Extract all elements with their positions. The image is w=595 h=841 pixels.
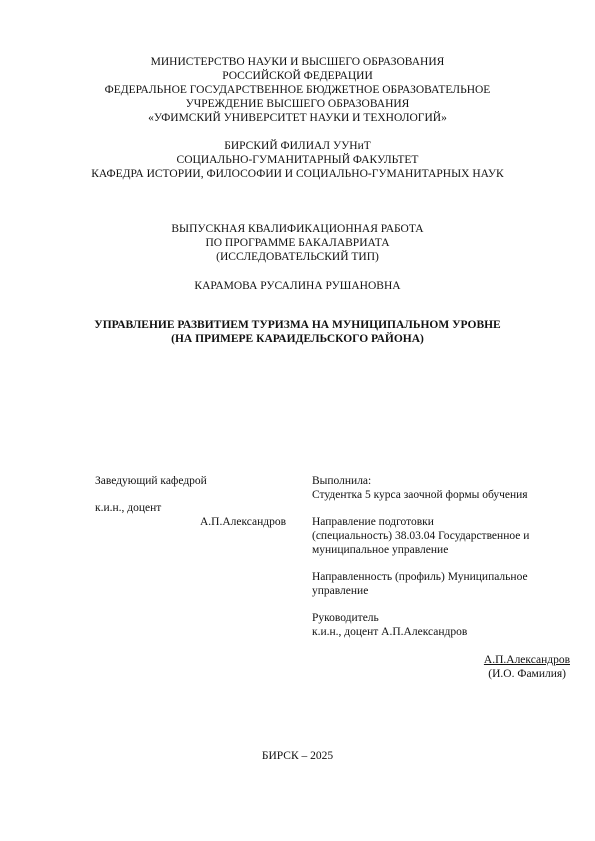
- supervisor-label: Руководитель: [312, 611, 379, 625]
- branch-line: БИРСКИЙ ФИЛИАЛ УУНиТ: [0, 139, 595, 153]
- work-type-line: (ИССЛЕДОВАТЕЛЬСКИЙ ТИП): [0, 250, 595, 264]
- signature-name: А.П.Александров: [484, 653, 570, 667]
- faculty-line: СОЦИАЛЬНО-ГУМАНИТАРНЫЙ ФАКУЛЬТЕТ: [0, 153, 595, 167]
- thesis-title-line: УПРАВЛЕНИЕ РАЗВИТИЕМ ТУРИЗМА НА МУНИЦИПА…: [0, 318, 595, 332]
- head-label: Заведующий кафедрой: [95, 474, 207, 488]
- work-type-line: ВЫПУСКНАЯ КВАЛИФИКАЦИОННАЯ РАБОТА: [0, 222, 595, 236]
- signature-hint: (И.О. Фамилия): [488, 667, 566, 681]
- head-degree: к.и.н., доцент: [95, 501, 161, 515]
- thesis-title-line: (НА ПРИМЕРЕ КАРАИДЕЛЬСКОГО РАЙОНА): [0, 332, 595, 346]
- supervisor-name: к.и.н., доцент А.П.Александров: [312, 625, 467, 639]
- ministry-line: МИНИСТЕРСТВО НАУКИ И ВЫСШЕГО ОБРАЗОВАНИЯ: [0, 55, 595, 69]
- direction-line: (специальность) 38.03.04 Государственное…: [312, 529, 529, 543]
- work-type-line: ПО ПРОГРАММЕ БАКАЛАВРИАТА: [0, 236, 595, 250]
- ministry-line: РОССИЙСКОЙ ФЕДЕРАЦИИ: [0, 69, 595, 83]
- direction-line: муниципальное управление: [312, 543, 448, 557]
- profile-line: управление: [312, 584, 368, 598]
- city-year: БИРСК – 2025: [0, 749, 595, 763]
- ministry-line: ФЕДЕРАЛЬНОЕ ГОСУДАРСТВЕННОЕ БЮДЖЕТНОЕ ОБ…: [0, 83, 595, 97]
- department-line: КАФЕДРА ИСТОРИИ, ФИЛОСОФИИ И СОЦИАЛЬНО-Г…: [0, 167, 595, 181]
- profile-line: Направленность (профиль) Муниципальное: [312, 570, 528, 584]
- head-name: А.П.Александров: [200, 515, 286, 529]
- university-name: «УФИМСКИЙ УНИВЕРСИТЕТ НАУКИ И ТЕХНОЛОГИЙ…: [0, 111, 595, 125]
- performed-label: Выполнила:: [312, 474, 371, 488]
- author-name: КАРАМОВА РУСАЛИНА РУШАНОВНА: [0, 279, 595, 293]
- direction-line: Направление подготовки: [312, 515, 434, 529]
- ministry-line: УЧРЕЖДЕНИЕ ВЫСШЕГО ОБРАЗОВАНИЯ: [0, 97, 595, 111]
- student-description: Студентка 5 курса заочной формы обучения: [312, 488, 528, 502]
